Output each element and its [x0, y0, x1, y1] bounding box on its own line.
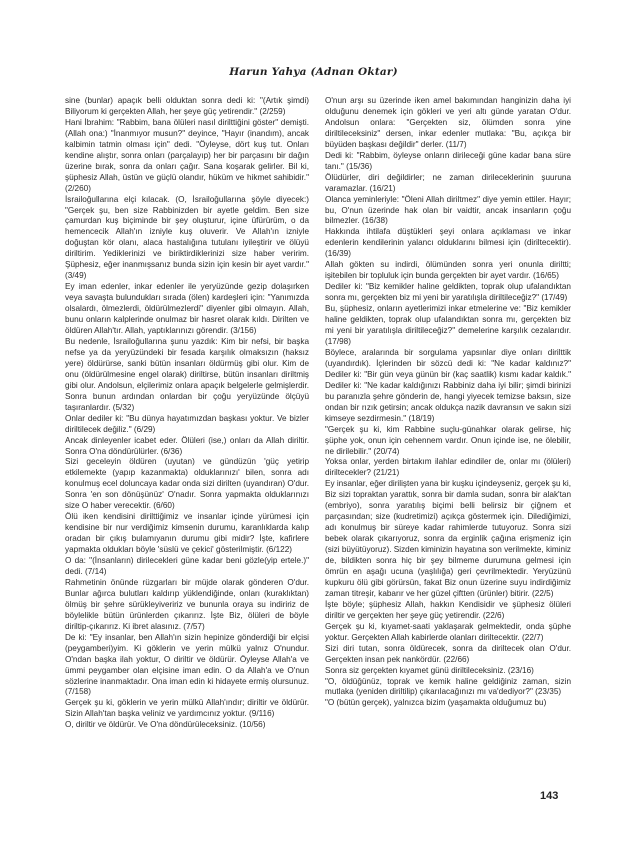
paragraph: Hani İbrahim: "Rabbim, bana ölüleri nası… — [65, 118, 309, 195]
paragraph: Yoksa onlar, yerden birtakım ilahlar edi… — [325, 457, 571, 479]
paragraph: Rahmetinin önünde rüzgarları bir müjde o… — [65, 578, 309, 633]
paragraph: Ey insanlar, eğer dirilişten yana bir ku… — [325, 479, 571, 599]
paragraph: Gerçek şu ki, kıyamet-saati yaklaşarak g… — [325, 622, 571, 644]
paragraph: Dediler ki: "Biz kemikler haline geldikt… — [325, 282, 571, 304]
paragraph: O da: "(İnsanların) dirilecekleri güne k… — [65, 556, 309, 578]
paragraph: Gerçek şu ki, göklerin ve yerin mülkü Al… — [65, 698, 309, 720]
paragraph: Bu, şüphesiz, onların ayetlerimizi inkar… — [325, 304, 571, 348]
paragraph: sine (bunlar) apaçık belli olduktan sonr… — [65, 96, 309, 118]
paragraph: Ölü iken kendisini dirilttiğimiz ve insa… — [65, 512, 309, 556]
paragraph: Böylece, aralarında bir sorgulama yapsın… — [325, 348, 571, 425]
paragraph: Ancak dinleyenler icabet eder. Ölüleri (… — [65, 436, 309, 458]
paragraph: Ölüdürler, diri değildirler; ne zaman di… — [325, 173, 571, 195]
paragraph: "O (bütün gerçek), yalnızca bizim (yaşam… — [325, 698, 571, 709]
paragraph: Hakkında ihtilafa düştükleri şeyi onlara… — [325, 227, 571, 260]
paragraph: Dedi ki: "Rabbim, öyleyse onların dirile… — [325, 151, 571, 173]
left-column: sine (bunlar) apaçık belli olduktan sonr… — [65, 96, 309, 731]
paragraph: Bu nedenle, İsrailoğullarına şunu yazdık… — [65, 337, 309, 414]
paragraph: De ki: "Ey insanlar, ben Allah'ın sizin … — [65, 633, 309, 699]
paragraph: Sonra siz gerçekten kıyamet günü dirilti… — [325, 666, 571, 677]
paragraph: İsrailoğullarına elçi kılacak. (O, İsrai… — [65, 195, 309, 283]
running-header: Harun Yahya (Adnan Oktar) — [0, 66, 627, 78]
right-column: O'nun arşı su üzerinde iken amel bakımın… — [325, 96, 571, 709]
paragraph: O, diriltir ve öldürür. Ve O'na döndürül… — [65, 720, 309, 731]
paragraph: Onlar dediler ki: "Bu dünya hayatımızdan… — [65, 414, 309, 436]
paragraph: "Gerçek şu ki, kim Rabbine suçlu-günahka… — [325, 425, 571, 458]
paragraph: Olanca yeminleriyle: "Öleni Allah dirilt… — [325, 195, 571, 228]
paragraph: Ey iman edenler, inkar edenler ile yeryü… — [65, 282, 309, 337]
paragraph: Allah gökten su indirdi, ölümünden sonra… — [325, 260, 571, 282]
paragraph: Sizi diri tutan, sonra öldürecek, sonra … — [325, 644, 571, 666]
paragraph: Sizi geceleyin öldüren (uyutan) ve gündü… — [65, 457, 309, 512]
paragraph: İşte böyle; şüphesiz Allah, hakkın Kendi… — [325, 600, 571, 622]
page-number: 143 — [540, 790, 558, 802]
paragraph: "O, öldüğünüz, toprak ve kemik haline ge… — [325, 677, 571, 699]
paragraph: O'nun arşı su üzerinde iken amel bakımın… — [325, 96, 571, 151]
